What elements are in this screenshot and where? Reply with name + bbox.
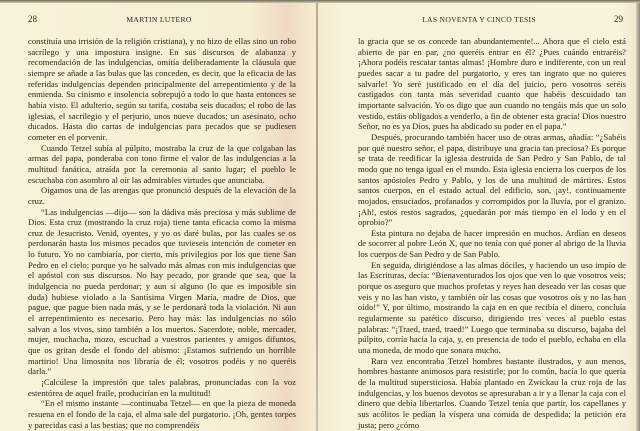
right-page-number: 29 [614, 14, 623, 24]
left-running-head: MARTIN LUTERO [0, 15, 318, 24]
left-body-text: constituía una irrisión de la religión c… [28, 36, 296, 430]
paragraph: Oigamos una de las arengas que pronunció… [28, 185, 296, 206]
paragraph: En seguida, dirigiéndose a las almas dóc… [358, 260, 626, 356]
paragraph: Esta pintura no dejaba de hacer impresió… [358, 228, 626, 260]
paragraph: constituía una irrisión de la religión c… [28, 36, 296, 143]
paragraph: la gracia que se os concede tan abundant… [358, 36, 626, 132]
paragraph: ¡Calcúlese la impresión que tales palabr… [28, 377, 296, 398]
right-body-text: la gracia que se os concede tan abundant… [358, 36, 626, 430]
scan-right-edge [636, 3, 640, 431]
right-page: LAS NOVENTA Y CINCO TESIS 29 la gracia q… [318, 3, 640, 431]
left-page: 28 MARTIN LUTERO constituía una irrisión… [0, 3, 318, 431]
paragraph: Rara vez encontraba Tetzel hombres basta… [358, 356, 626, 431]
paragraph: Cuando Tetzel subía al púlpito, mostraba… [28, 143, 296, 186]
right-running-head: LAS NOVENTA Y CINCO TESIS [318, 15, 640, 24]
paragraph: Después, procurando también hacer uso de… [358, 132, 626, 228]
paragraph: “En el mismo instante —continuaba Tetzel… [28, 398, 296, 430]
book-spread: 28 MARTIN LUTERO constituía una irrisión… [0, 0, 640, 431]
paragraph: “Las indulgencias —dijo— son la dádiva m… [28, 207, 296, 378]
